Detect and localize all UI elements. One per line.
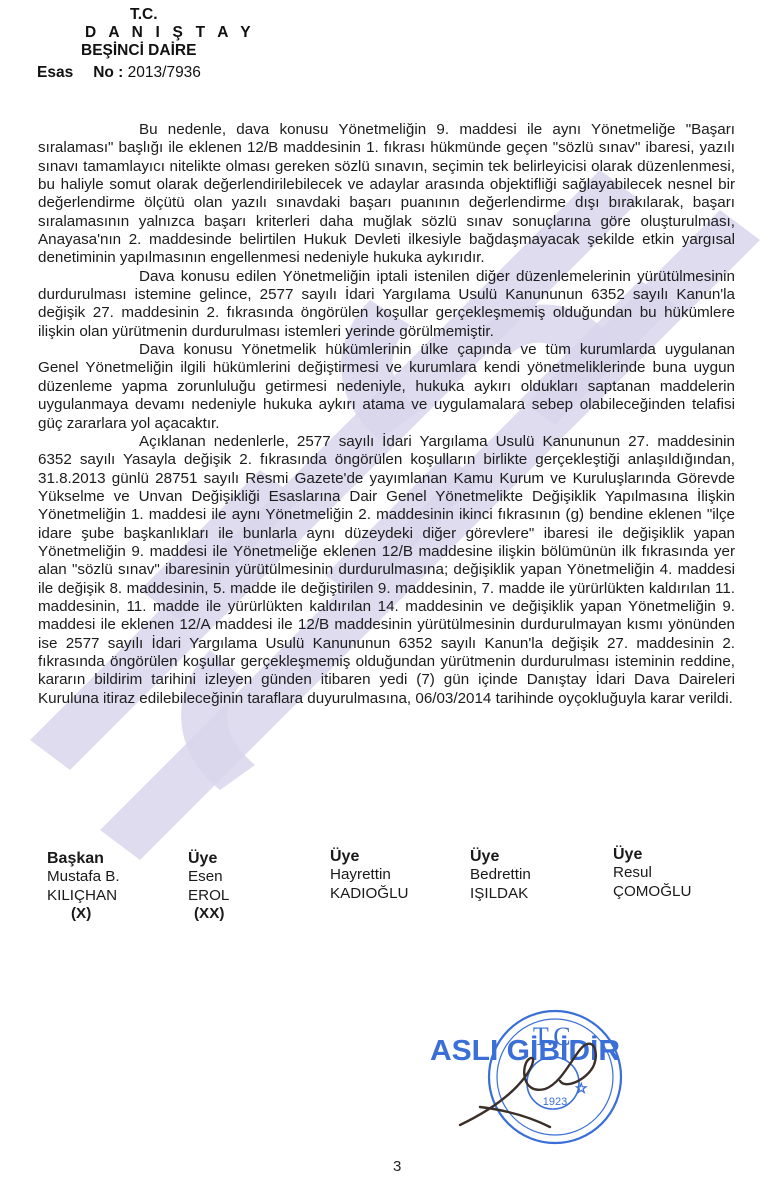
stamp-certified-text: ASLI GİBİDİR [430, 1035, 620, 1067]
signatory-first-name: Bedrettin [470, 866, 531, 884]
header-court: D A N I Ş T A Y [85, 24, 255, 42]
decision-body: Bu nedenle, dava konusu Yönetmeliğin 9. … [38, 121, 735, 708]
signatory-first-name: Esen [188, 868, 229, 886]
signatory-title: Başkan [47, 850, 120, 868]
header-tc: T.C. [130, 6, 158, 24]
signatory-title: Üye [188, 850, 229, 868]
stamp-year: 1923 [543, 1096, 567, 1108]
page-number: 3 [393, 1158, 401, 1175]
case-number-value: 2013/7936 [128, 64, 201, 81]
signatory-title: Üye [330, 848, 409, 866]
signatory-note: (X) [47, 905, 120, 923]
paragraph: Dava konusu Yönetmelik hükümlerinin ülke… [38, 341, 735, 433]
header-case-number: EsasNo : 2013/7936 [37, 64, 201, 82]
header-chamber: BEŞİNCİ DAİRE [81, 42, 196, 60]
signatory-last-name: EROL [188, 887, 229, 905]
star-icon: ☆ [575, 1081, 588, 1097]
signatory-last-name: KADIOĞLU [330, 885, 409, 903]
signatory-first-name: Hayrettin [330, 866, 409, 884]
paragraph: Bu nedenle, dava konusu Yönetmeliğin 9. … [38, 121, 735, 268]
paragraph: Dava konusu edilen Yönetmeliğin iptali i… [38, 268, 735, 341]
no-label: No : [93, 64, 123, 81]
official-stamp-icon: T.C. ASLI GİBİDİR 1923 ☆ [425, 985, 665, 1145]
signatory-member: Üye Bedrettin IŞILDAK [470, 848, 531, 903]
signatory-last-name: ÇOMOĞLU [613, 883, 691, 901]
signatory-member: Üye Esen EROL (XX) [188, 850, 229, 924]
paragraph: Açıklanan nedenlerle, 2577 sayılı İdari … [38, 433, 735, 708]
signatory-last-name: KILIÇHAN [47, 887, 120, 905]
signatory-title: Üye [613, 846, 691, 864]
signatory-member: Üye Resul ÇOMOĞLU [613, 846, 691, 901]
signatory-note: (XX) [188, 905, 229, 923]
signatory-president: Başkan Mustafa B. KILIÇHAN (X) [47, 850, 120, 924]
signatory-title: Üye [470, 848, 531, 866]
signatory-last-name: IŞILDAK [470, 885, 531, 903]
signatory-first-name: Resul [613, 864, 691, 882]
signatory-first-name: Mustafa B. [47, 868, 120, 886]
signatory-member: Üye Hayrettin KADIOĞLU [330, 848, 409, 903]
esas-label: Esas [37, 64, 73, 81]
